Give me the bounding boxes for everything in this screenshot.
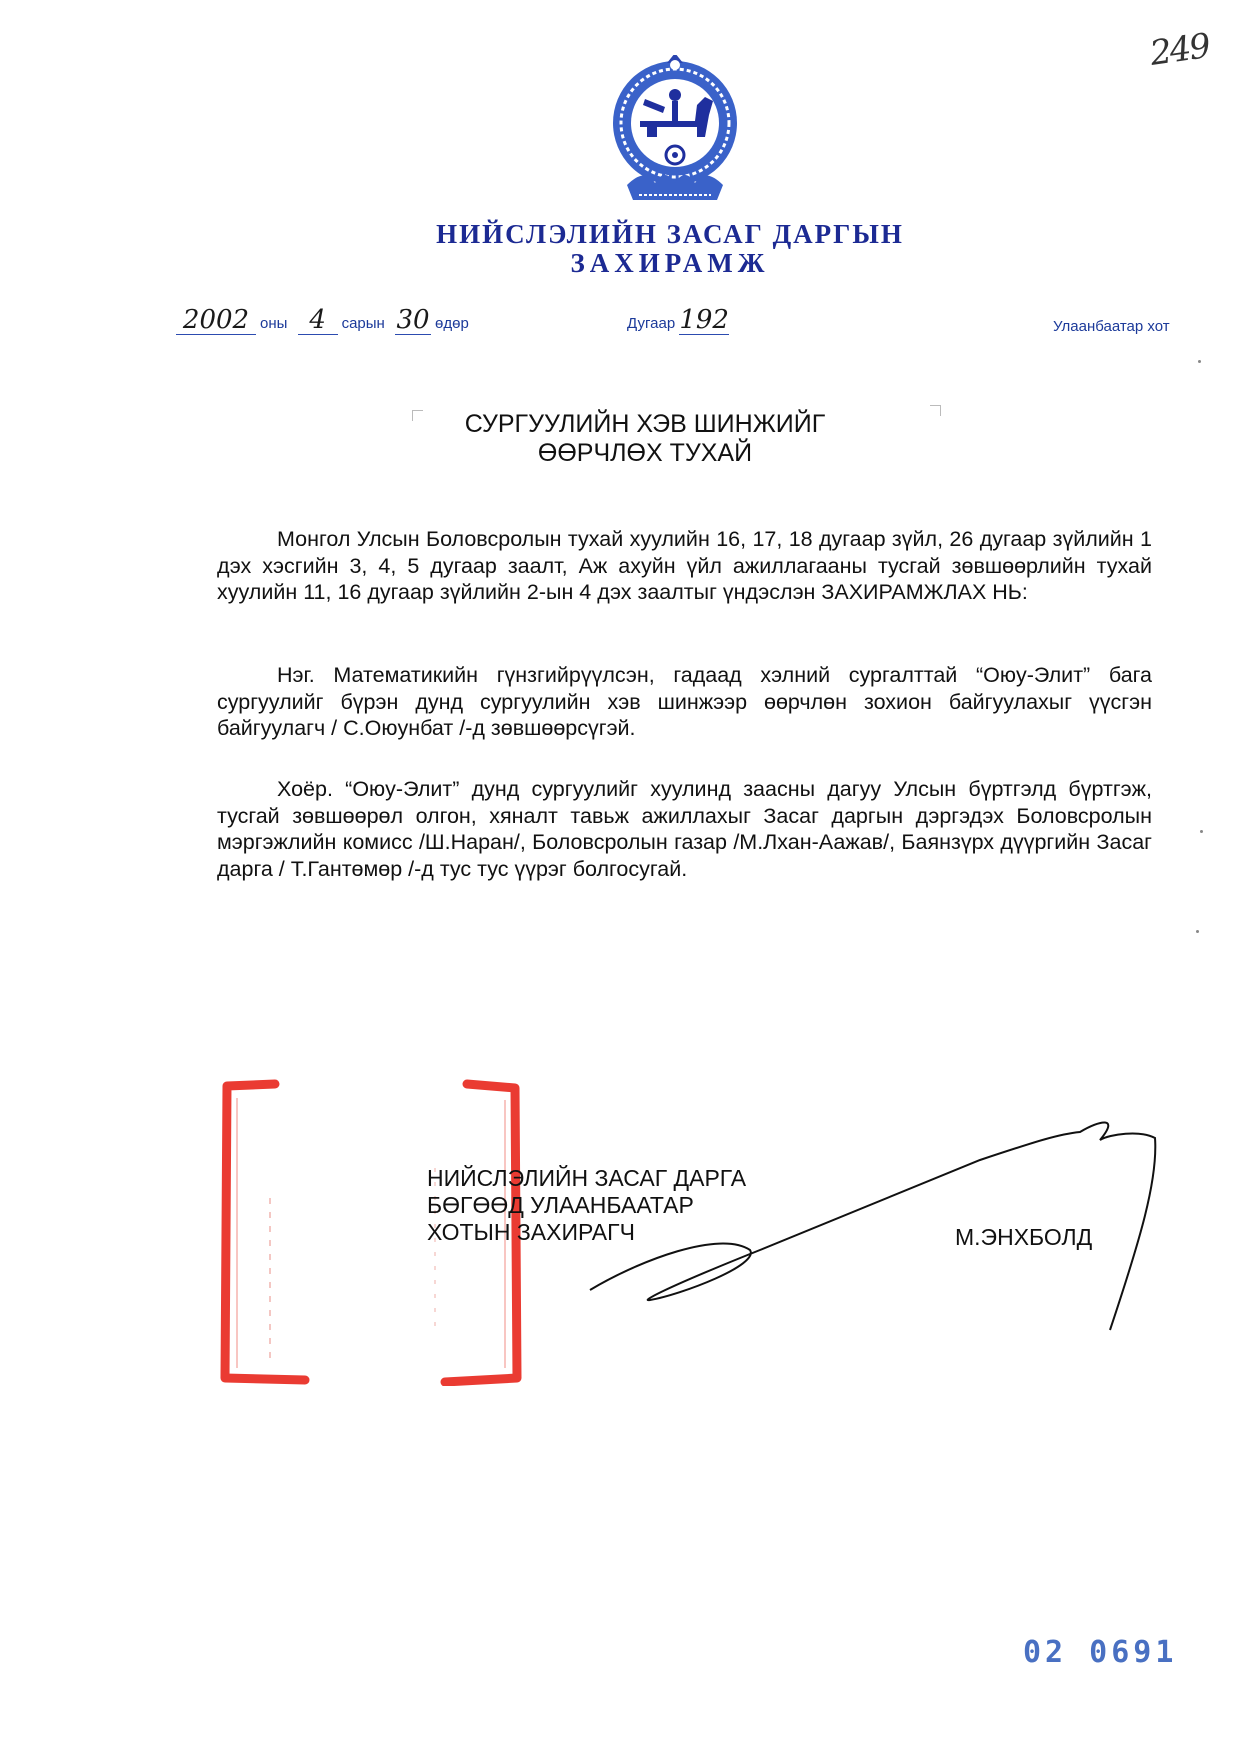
year-label: оны: [260, 315, 287, 332]
page-number: 249: [1148, 26, 1212, 74]
handwritten-signature: [580, 1120, 1200, 1380]
city-label: Улаанбаатар хот: [1053, 318, 1170, 335]
subject-line2: ӨӨРЧЛӨХ ТУХАЙ: [0, 439, 1240, 468]
serial-number: 02 0691: [1023, 1635, 1177, 1670]
date-year: 2002: [176, 306, 256, 335]
issuing-authority-title: НИЙСЛЭЛИЙН ЗАСАГ ДАРГЫН ЗАХИРАМЖ: [0, 220, 1240, 278]
number-value: 192: [679, 306, 729, 335]
mongolia-state-emblem-icon: [605, 55, 745, 205]
signatory-name: М.ЭНХБОЛД: [955, 1224, 1092, 1251]
scan-speck: [1200, 830, 1203, 833]
document-type: ЗАХИРАМЖ: [0, 249, 1240, 278]
day-label: өдөр: [435, 315, 469, 332]
scan-speck: [1198, 360, 1201, 363]
org-title-line1: НИЙСЛЭЛИЙН ЗАСАГ ДАРГЫН: [0, 220, 1240, 249]
month-label: сарын: [342, 315, 385, 332]
document-date: 2002оны 4сарын 30өдөр: [176, 306, 469, 340]
date-day: 30: [395, 306, 431, 335]
number-label: Дугаар: [627, 315, 675, 332]
scan-speck: [1196, 930, 1199, 933]
date-month: 4: [298, 306, 338, 335]
subject-line1: СУРГУУЛИЙН ХЭВ ШИНЖИЙГ: [0, 410, 1240, 439]
clause-one-paragraph: Нэг. Математикийн гүнзгийрүүлсэн, гадаад…: [217, 662, 1152, 742]
preamble-paragraph: Монгол Улсын Боловсролын тухай хуулийн 1…: [217, 526, 1152, 606]
document-subject: СУРГУУЛИЙН ХЭВ ШИНЖИЙГ ӨӨРЧЛӨХ ТУХАЙ: [0, 410, 1240, 468]
clause-two-paragraph: Хоёр. “Оюу-Элит” дунд сургуулийг хуулинд…: [217, 776, 1152, 882]
document-number: Дугаар192: [627, 306, 729, 340]
